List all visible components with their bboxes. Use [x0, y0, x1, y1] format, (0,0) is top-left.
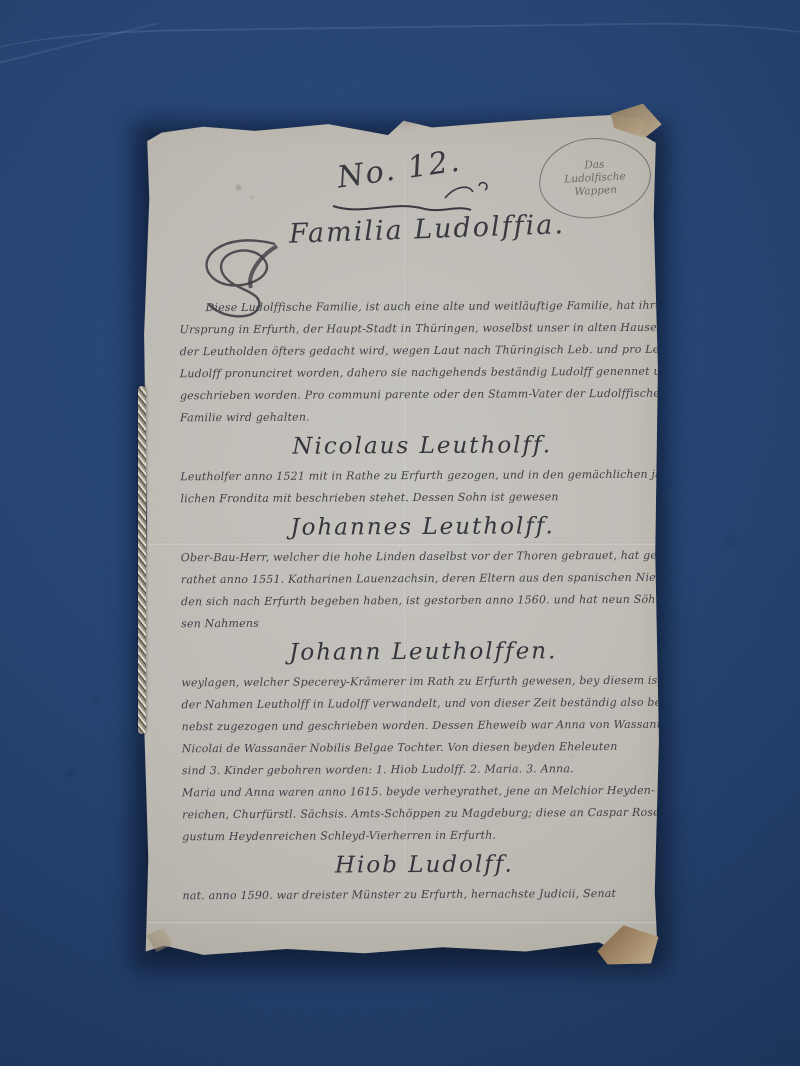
- manuscript-line: sind 3. Kinder gebohren worden: 1. Hiob …: [182, 758, 666, 783]
- paper-stains: [141, 114, 144, 117]
- manuscript-line: Nicolai de Wassanäer Nobilis Belgae Toch…: [182, 736, 666, 761]
- manuscript-line: Leutholfer anno 1521 mit in Rathe zu Erf…: [180, 464, 664, 489]
- manuscript-line: weylagen, welcher Specerey-Krämerer im R…: [181, 670, 665, 695]
- manuscript-line: Ludolff pronunciret worden, dahero sie n…: [180, 361, 664, 386]
- section-heading: Hiob Ludolff.: [182, 846, 666, 886]
- annotation-line: Das: [584, 158, 605, 172]
- manuscript-line: den sich nach Erfurth begeben haben, ist…: [181, 589, 665, 614]
- manuscript-sections: Diese Ludolffische Familie, ist auch ein…: [179, 295, 666, 908]
- section-heading: Nicolaus Leutholff.: [180, 427, 664, 467]
- ink-curl: [439, 176, 489, 206]
- manuscript-line: Ober-Bau-Herr, welcher die hohe Linden d…: [181, 545, 665, 570]
- manuscript-line: sen Nahmens: [181, 611, 665, 636]
- manuscript-line: der Nahmen Leutholff in Ludolff verwande…: [181, 692, 665, 717]
- manuscript-line: Diese Ludolffische Familie, ist auch ein…: [179, 295, 663, 320]
- pencil-annotation-oval: Das Ludolfische Wappen: [537, 135, 653, 221]
- document-paper: No. 12. Familia Ludolffia. Das Ludolfisc…: [141, 114, 661, 960]
- manuscript-line: der Leutholden öfters gedacht wird, wege…: [180, 339, 664, 364]
- leather-marks: [0, 0, 2, 2]
- photo-background: { "photo": { "description": "Aged handwr…: [0, 0, 800, 1066]
- manuscript-line: Ursprung in Erfurth, der Haupt-Stadt in …: [180, 317, 664, 342]
- manuscript-line: nebst zugezogen und geschrieben worden. …: [182, 714, 666, 739]
- manuscript-line: geschrieben worden. Pro communi parente …: [180, 383, 664, 408]
- section-heading: Johannes Leutholff.: [181, 508, 665, 548]
- manuscript-line: nat. anno 1590. war dreister Münster zu …: [182, 883, 666, 908]
- manuscript-line: lichen Frondita mit beschrieben stehet. …: [180, 486, 664, 511]
- horizontal-fold-crease-lower: [141, 920, 661, 923]
- section-heading: Johann Leutholffen.: [181, 633, 665, 673]
- binding-cord: [138, 386, 146, 734]
- manuscript-line: gustum Heydenreichen Schleyd-Vierherren …: [182, 824, 666, 849]
- annotation-line: Wappen: [574, 183, 617, 198]
- manuscript-line: rathet anno 1551. Katharinen Lauenzachsi…: [181, 567, 665, 592]
- manuscript-line: Maria und Anna waren anno 1615. beyde ve…: [182, 780, 666, 805]
- manuscript-line: reichen, Churfürstl. Sächsis. Amts-Schöp…: [182, 802, 666, 827]
- manuscript-line: Familie wird gehalten.: [180, 405, 664, 430]
